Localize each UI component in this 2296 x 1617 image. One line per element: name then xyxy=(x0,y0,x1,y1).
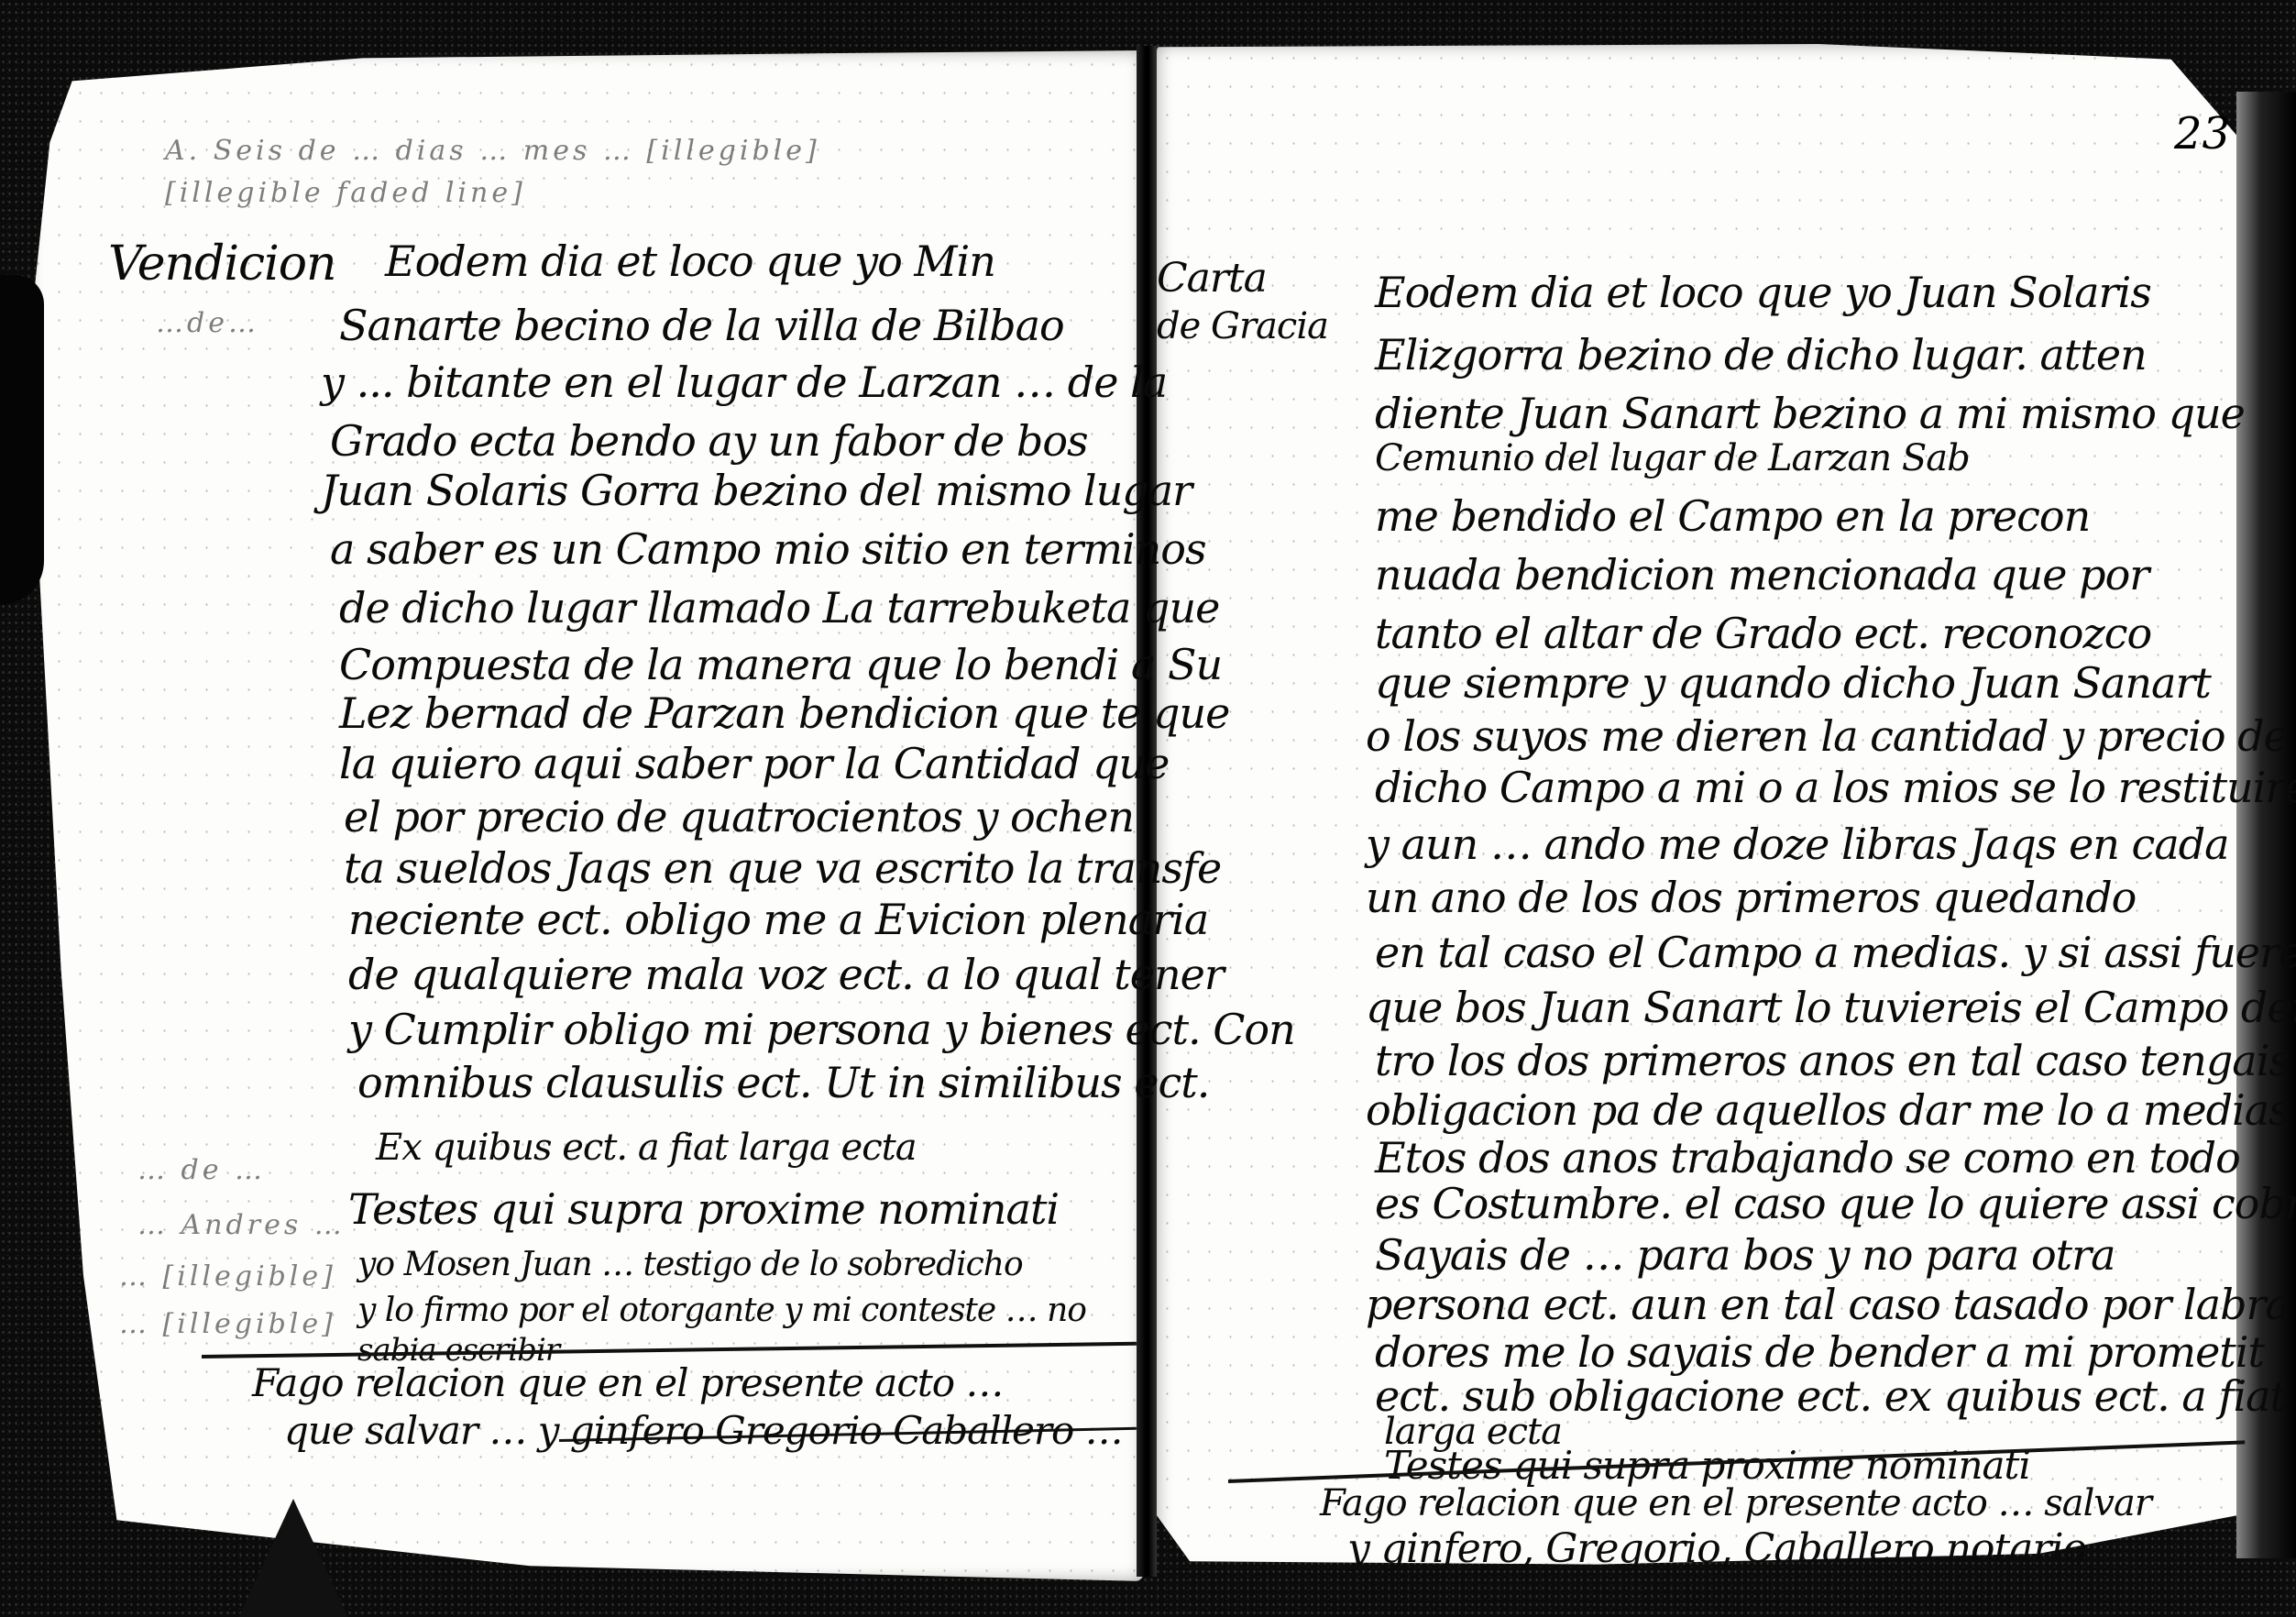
body-line: un ano de los dos primeros quedando xyxy=(1366,876,2136,918)
body-line: Elizgorra bezino de dicho lugar. atten xyxy=(1375,334,2147,376)
body-line: que bos Juan Sanart lo tuviereis el Camp… xyxy=(1366,986,2296,1028)
body-line: Etos dos anos trabajando se como en todo xyxy=(1375,1137,2240,1179)
margin-note: … [illegible] xyxy=(119,1311,336,1338)
body-line: tro los dos primeros anos en tal caso te… xyxy=(1375,1039,2290,1082)
margin-note: … de … xyxy=(137,1157,266,1184)
body-line: nuada bendicion mencionada que por xyxy=(1375,554,2148,596)
body-line: Eodem dia et loco que yo Min xyxy=(385,240,995,282)
body-line: Juan Solaris Gorra bezino del mismo luga… xyxy=(321,469,1192,511)
body-line: persona ect. aun en tal caso tasado por … xyxy=(1366,1283,2290,1325)
body-line: es Costumbre. el caso que lo quiere assi… xyxy=(1375,1182,2296,1225)
footer-line: que salvar … y ginfero Gregorio Caballer… xyxy=(284,1412,1123,1450)
body-line: Sanarte becino de la villa de Bilbao xyxy=(339,304,1064,346)
binding-tab-shadow xyxy=(238,1499,348,1617)
folio-number: 23 xyxy=(2174,108,2230,159)
body-line: y ... bitante en el lugar de Larzan … de… xyxy=(321,361,1167,403)
body-line: que siempre y quando dicho Juan Sanart xyxy=(1375,662,2211,704)
body-line: o los suyos me dieren la cantidad y prec… xyxy=(1366,715,2288,757)
body-line: Cemunio del lugar de Larzan Sab xyxy=(1375,440,1970,477)
body-line: en tal caso el Campo a medias. y si assi… xyxy=(1375,931,2296,973)
body-line: Ex quibus ect. a fiat larga ecta xyxy=(376,1129,917,1166)
book-gutter xyxy=(1137,46,1157,1577)
body-line: ta sueldos Jaqs en que va escrito la tra… xyxy=(344,847,1221,889)
body-line: Grado ecta bendo ay un fabor de bos xyxy=(330,420,1088,462)
margin-title-vendicion: Vendicion xyxy=(108,240,336,288)
body-line: Lez bernad de Parzan bendicion que te qu… xyxy=(339,692,1229,734)
footer-line: Fago relacion que en el presente acto … xyxy=(252,1364,1003,1402)
body-line: omnibus clausulis ect. Ut in similibus e… xyxy=(357,1061,1209,1104)
body-line: a saber es un Campo mio sitio en termino… xyxy=(330,528,1206,570)
body-line: neciente ect. obligo me a Evicion plenar… xyxy=(348,898,1208,940)
footer-line: Fago relacion que en el presente acto … … xyxy=(1320,1485,2151,1522)
body-line: la quiero aqui saber por la Cantidad que xyxy=(339,742,1169,785)
margin-title-carta: Carta xyxy=(1157,258,1267,299)
body-line: me bendido el Campo en la precon xyxy=(1375,495,2090,537)
margin-title-gracia: de Gracia xyxy=(1157,308,1328,345)
left-page-shadow xyxy=(0,275,44,605)
body-line: de qualquiere mala voz ect. a lo qual te… xyxy=(348,953,1224,995)
body-line: dores me lo sayais de bender a mi promet… xyxy=(1375,1331,2264,1373)
notary-signature-line: y ginfero, Gregorio, Caballero notario xyxy=(1347,1529,2086,1569)
body-line-text: Eodem dia et loco que yo Min xyxy=(385,240,995,282)
body-line: dicho Campo a mi o a los mios se lo rest… xyxy=(1375,766,2296,808)
witness-line: yo Mosen Juan … testigo de lo sobredicho xyxy=(357,1248,1023,1281)
faint-header-line: [illegible faded line] xyxy=(165,180,526,207)
body-line: Eodem dia et loco que yo Juan Solaris xyxy=(1375,271,2151,313)
body-line: obligacion pa de aquellos dar me lo a me… xyxy=(1366,1089,2290,1131)
body-line: de dicho lugar llamado La tarrebuketa qu… xyxy=(339,587,1219,629)
faint-header-line: A. Seis de … dias … mes … [illegible] xyxy=(165,137,820,165)
body-line: y aun … ando me doze libras Jaqs en cada xyxy=(1366,823,2229,865)
testes-line: Testes qui supra proxime nominati xyxy=(348,1188,1059,1230)
margin-note: …de… xyxy=(156,310,259,337)
body-line: Sayais de … para bos y no para otra xyxy=(1375,1234,2115,1276)
margin-note: … [illegible] xyxy=(119,1263,336,1291)
body-line: diente Juan Sanart bezino a mi mismo que xyxy=(1375,392,2245,434)
body-line: y Cumplir obligo mi persona y bienes ect… xyxy=(348,1008,1295,1050)
witness-line: y lo firmo por el otorgante y mi contest… xyxy=(357,1294,1086,1327)
body-line: el por precio de quatrocientos y ochen xyxy=(344,796,1134,838)
margin-note: … Andres … xyxy=(137,1212,346,1239)
body-line: Compuesta de la manera que lo bendi a Su xyxy=(339,643,1222,686)
body-line: tanto el altar de Grado ect. reconozco xyxy=(1375,612,2151,654)
